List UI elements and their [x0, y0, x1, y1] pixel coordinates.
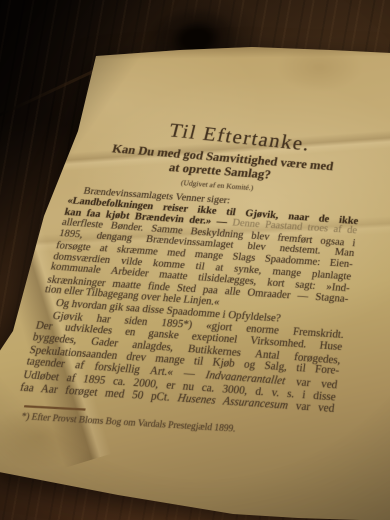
photo-scene: Til Eftertanke. Kan Du med god Samvittig…	[0, 0, 390, 520]
body-paragraphs: Brændevinssamlagets Venner siger: «Landb…	[19, 185, 361, 416]
paper-top-edge-shade	[84, 44, 390, 59]
footnote-rule	[24, 405, 86, 410]
body-line-text: var ved	[287, 400, 335, 415]
